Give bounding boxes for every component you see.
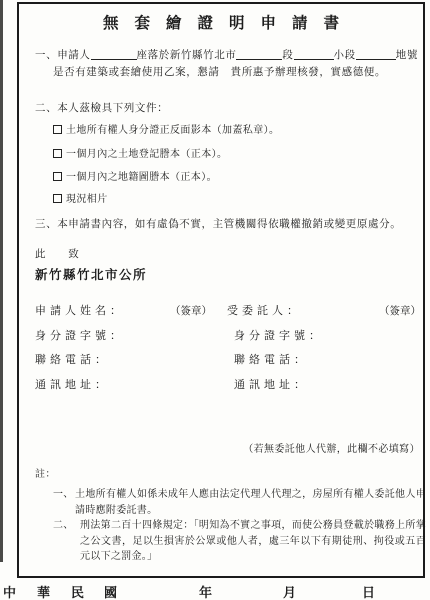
era-char-min: 民	[71, 582, 84, 600]
agent-address-label: 通訊地址：	[234, 376, 309, 392]
applicant-name-label: 申請人姓名：	[35, 302, 125, 318]
blank-lot-number	[356, 49, 396, 60]
blank-section-name	[236, 49, 282, 60]
checklist-item-label: 一個月內之土地登記謄本（正本）。	[66, 149, 227, 160]
agent-name-label: 受委託人：	[227, 302, 302, 318]
section-1-number: 一、	[35, 49, 57, 61]
era-char-guo: 國	[104, 582, 117, 600]
checklist-item: 土地所有權人身分證正反面影本（加蓋私章）。	[53, 121, 279, 136]
applicant-phone-label: 聯絡電話：	[35, 351, 110, 367]
checkbox-icon	[53, 125, 62, 134]
checklist-item: 一個月內之地籍圖謄本（正本）。	[53, 168, 217, 183]
section-1-line-1: 一、申請人座落於新竹縣竹北市段小段地號	[35, 47, 418, 62]
section-1-line-2: 是否有建築或套繪使用乙案，懇請 貴所惠予辦理核發，實感德便。	[53, 64, 386, 79]
page-title: 無套繪證明申請書	[17, 11, 425, 33]
section-2-heading: 二、本人茲檢具下列文件：	[35, 100, 168, 115]
checkbox-icon	[53, 194, 62, 203]
checklist-item: 現況相片	[53, 190, 108, 205]
checklist-item: 一個月內之土地登記謄本（正本）。	[53, 145, 227, 160]
month-label: 月	[283, 582, 296, 600]
scanned-application-document: 無套繪證明申請書 一、申請人座落於新竹縣竹北市段小段地號 是否有建築或套繪使用乙…	[0, 0, 430, 600]
agent-optional-note: （若無委託他人代辦，此欄不必填寫）	[243, 440, 420, 455]
agent-id-label: 身分證字號：	[234, 327, 324, 343]
agent-seal-label: （簽章）	[379, 303, 421, 318]
note-1-text: 土地所有權人如係未成年人應由法定代理人代理之，房屋所有權人委託他人申請時應附委託…	[75, 487, 426, 518]
salutation: 此 致	[35, 246, 79, 261]
blank-applicant-name	[91, 49, 137, 60]
subsection-segment: 小段	[334, 49, 356, 61]
applicant-segment: 申請人	[57, 49, 90, 61]
checklist-item-label: 現況相片	[66, 194, 108, 205]
checklist-item-label: 一個月內之地籍圖謄本（正本）。	[66, 172, 217, 183]
blank-subsection-name	[294, 49, 334, 60]
office-name: 新竹縣竹北市公所	[35, 265, 147, 283]
note-2-number: 二、	[53, 518, 75, 534]
note-1-number: 一、	[53, 487, 75, 503]
note-item-1: 一、 土地所有權人如係未成年人應由法定代理人代理之，房屋所有權人委託他人申請時應…	[53, 487, 426, 518]
checkbox-icon	[53, 149, 62, 158]
checkbox-icon	[53, 172, 62, 181]
applicant-id-label: 身分證字號：	[35, 327, 125, 343]
scan-edge-artifact	[0, 0, 3, 562]
agent-phone-label: 聯絡電話：	[234, 351, 309, 367]
lot-segment: 地號	[396, 49, 418, 61]
note-2-text: 刑法第二百十四條規定：「明知為不實之事項，而使公務員登載於職務上所掌之公文書，足…	[80, 518, 426, 565]
location-segment: 座落於新竹縣竹北市	[137, 49, 237, 61]
applicant-address-label: 通訊地址：	[35, 376, 110, 392]
era-char-zhong: 中	[3, 582, 16, 600]
applicant-seal-label: （簽章）	[170, 303, 212, 318]
notes-heading: 註：	[35, 465, 56, 480]
note-item-2: 二、 刑法第二百十四條規定：「明知為不實之事項，而使公務員登載於職務上所掌之公文…	[53, 518, 426, 565]
era-char-hua: 華	[37, 582, 50, 600]
checklist-item-label: 土地所有權人身分證正反面影本（加蓋私章）。	[66, 125, 279, 136]
section-3-text: 三、本申請書內容，如有虛偽不實，主管機關得依職權撤銷或變更原處分。	[35, 216, 401, 231]
year-label: 年	[199, 582, 212, 600]
day-label: 日	[362, 582, 375, 600]
section-segment: 段	[282, 49, 293, 61]
